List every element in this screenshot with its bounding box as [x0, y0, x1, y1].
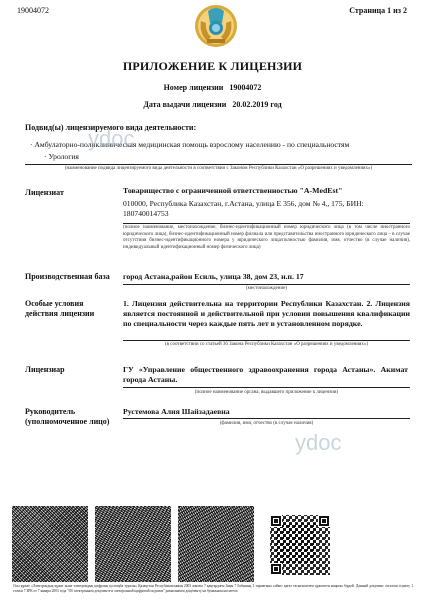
production-base-value: город Астана,район Есиль, улица 38, дом …	[123, 272, 408, 282]
subtype-item-text: Урология	[48, 152, 78, 161]
licensee-name: Товарищество с ограниченной ответственно…	[123, 186, 408, 196]
licensee-address: 010000, Республика Казахстан, г.Астана, …	[123, 199, 408, 219]
license-number-label: Номер лицензии	[164, 83, 224, 92]
digital-signature-code	[178, 506, 254, 582]
licensor-caption: (полное наименование органа, выдавшего п…	[123, 390, 410, 396]
special-conditions-value: 1. Лицензия действительна на территории …	[123, 299, 410, 329]
subtype-item-text: Амбулаторно-поликлиническая медицинская …	[34, 140, 349, 149]
page-indicator: Страница 1 из 2	[349, 6, 407, 15]
digital-signature-code	[95, 506, 171, 582]
head-value: Рустемова Алия Шайзадаевна	[123, 407, 408, 417]
licensor-value: ГУ «Управление общественного здравоохран…	[123, 365, 408, 385]
divider	[123, 387, 410, 388]
subtype-item: · Амбулаторно-поликлиническая медицинска…	[30, 140, 349, 149]
special-conditions-caption: (в соответствии со статьей 36 Закона Рес…	[123, 342, 410, 348]
licensee-caption: (полное наименование, местонахождение, б…	[123, 225, 410, 251]
special-conditions-label-line: действия лицензии	[25, 309, 94, 319]
licensee-label: Лицензиат	[25, 188, 64, 198]
divider	[123, 340, 410, 341]
license-date: 20.02.2019 год	[232, 100, 281, 109]
head-label: Руководитель (уполномоченное лицо)	[25, 407, 109, 427]
license-date-label: Дата выдачи лицензии	[143, 100, 226, 109]
document-number: 19004072	[17, 6, 49, 15]
divider	[123, 284, 410, 285]
subtypes-caption: (наименование подвида лицензируемого вид…	[25, 166, 412, 172]
special-conditions-label-line: Особые условия	[25, 299, 94, 309]
divider	[123, 223, 410, 224]
licensor-label: Лицензиар	[25, 365, 65, 375]
watermark: ydoc	[88, 126, 134, 152]
divider	[25, 164, 412, 165]
document-title: ПРИЛОЖЕНИЕ К ЛИЦЕНЗИИ	[0, 59, 425, 74]
digital-signature-code	[12, 506, 88, 582]
license-number-line: Номер лицензии 19004072	[0, 83, 425, 92]
divider	[123, 418, 410, 419]
head-label-line: (уполномоченное лицо)	[25, 417, 109, 427]
state-emblem-icon	[193, 3, 239, 49]
qr-code	[268, 513, 332, 577]
license-number: 19004072	[229, 83, 261, 92]
watermark: ydoc	[295, 430, 341, 456]
production-base-label: Производственная база	[25, 272, 110, 282]
head-caption: (фамилия, имя, отчество (в случае наличи…	[123, 421, 410, 427]
license-date-line: Дата выдачи лицензии 20.02.2019 год	[0, 100, 425, 109]
production-base-caption: (местонахождение)	[123, 286, 410, 292]
head-label-line: Руководитель	[25, 407, 109, 417]
special-conditions-label: Особые условия действия лицензии	[25, 299, 94, 319]
subtype-item: · Урология	[44, 152, 79, 161]
footer-legal-text: Осы құжат «Электрондық құжат және электр…	[13, 584, 413, 594]
